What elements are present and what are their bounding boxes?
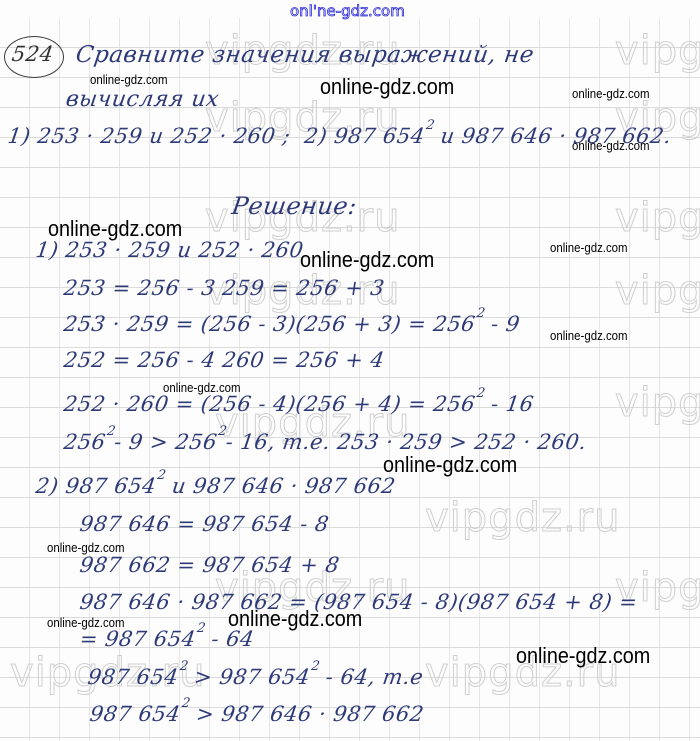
online-gdz-watermark: online-gdz.com (550, 240, 628, 255)
solution-line: 987 6542 > 987 646 · 987 662 (88, 702, 425, 726)
online-gdz-watermark: online-gdz.com (550, 328, 628, 343)
vip-watermark: vipgdz.ru (615, 195, 700, 241)
solution-line: 987 662 = 987 654 + 8 (78, 553, 341, 577)
online-gdz-watermark: online-gdz.com (300, 247, 434, 273)
expression-tail: - 9 (490, 312, 522, 336)
exponent: 2 (179, 659, 190, 674)
online-gdz-watermark: online-gdz.com (163, 380, 241, 395)
expression: 253 · 259 = (256 - 3)(256 + 3) = 256 (62, 312, 477, 336)
online-gdz-watermark: online-gdz.com (47, 540, 125, 555)
online-gdz-watermark: online-gdz.com (516, 643, 650, 669)
online-gdz-watermark: online-gdz.com (47, 615, 125, 630)
expression: = 987 654 (78, 627, 197, 651)
exponent: 2 (196, 621, 207, 636)
top-watermark: onl'ne-gdz.com (290, 2, 405, 20)
expression: 987 654 (86, 665, 180, 689)
expression: 2) 987 654 (34, 474, 157, 498)
online-gdz-watermark: online-gdz.com (90, 72, 168, 87)
expression-tail: - 16 (490, 392, 536, 416)
solution-line: 2562- 9 > 2562- 16, т.е. 253 · 259 > 252… (62, 430, 588, 454)
exponent: 2 (217, 424, 228, 439)
expression: и 987 646 · 987 662 (170, 474, 397, 498)
expression: - 64, т.е (324, 665, 425, 689)
task1-label: 1) (6, 124, 32, 148)
online-gdz-watermark: online-gdz.com (383, 452, 517, 478)
expression: - 9 > 256 (113, 430, 219, 454)
vip-watermark: vipgdz.ru (615, 380, 700, 426)
exponent: 2 (156, 468, 167, 483)
online-gdz-watermark: online-gdz.com (48, 216, 182, 242)
vip-watermark: vipgdz.ru (615, 28, 700, 74)
task2-exponent: 2 (425, 118, 436, 133)
solution-line: 252 = 256 - 4 260 = 256 + 4 (62, 348, 386, 372)
online-gdz-watermark: online-gdz.com (320, 74, 454, 100)
solution-line: 253 = 256 - 3 259 = 256 + 3 (62, 276, 386, 300)
solution-line: 987 6542 > 987 6542 - 64, т.е (86, 665, 425, 689)
solution-line: 2) 987 6542 и 987 646 · 987 662 (34, 474, 397, 498)
online-gdz-watermark: online-gdz.com (572, 86, 650, 101)
task2-base: 987 654 (333, 124, 427, 148)
expression: > 987 646 · 987 662 (195, 702, 426, 726)
expression: 256 (62, 430, 107, 454)
exponent: 2 (310, 659, 321, 674)
problem-title-line1: Сравните значения выражений, не (74, 42, 536, 68)
exponent: 2 (476, 306, 487, 321)
online-gdz-watermark: online-gdz.com (572, 138, 650, 153)
expression: 987 654 (88, 702, 182, 726)
expression: - 16, т.е. 253 · 259 > 252 · 260. (224, 430, 588, 454)
task1-expression: 253 · 259 и 252 · 260 ; (36, 124, 292, 148)
vip-watermark: vipgdz.ru (615, 268, 700, 314)
problem-title-line2: вычисляя их (64, 87, 221, 112)
solution-line: 253 · 259 = (256 - 3)(256 + 3) = 2562 - … (62, 312, 521, 336)
solution-heading: Решение: (230, 192, 359, 220)
expression: 252 · 260 = (256 - 4)(256 + 4) = 256 (62, 392, 477, 416)
vip-watermark: vipgdz.ru (425, 495, 620, 541)
online-gdz-watermark: online-gdz.com (228, 606, 362, 632)
task2-label: 2) (303, 124, 329, 148)
solution-line: 252 · 260 = (256 - 4)(256 + 4) = 2562 - … (62, 392, 535, 416)
exponent: 2 (181, 696, 192, 711)
exponent: 2 (476, 386, 487, 401)
solution-line: 987 646 = 987 654 - 8 (78, 512, 330, 536)
problem-number: 524 (10, 42, 55, 66)
expression: > 987 654 (193, 665, 312, 689)
